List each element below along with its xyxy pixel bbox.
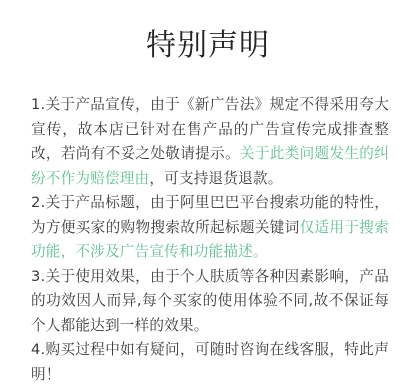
declaration-content: 1.关于产品宣传，由于《新广告法》规定不得采用夸大宣传，故本店已针对在售产品的广… — [31, 93, 389, 387]
item-1-tail: ，可支持退货退款。 — [149, 170, 282, 187]
item-3-text: 3.关于使用效果，由于个人肤质等各种因素影响，产品的功效因人而异,每个买家的使用… — [31, 268, 389, 334]
declaration-item-4: 4.购买过程中如有疑问，可随时咨询在线客服，特此声明！ — [31, 338, 389, 387]
declaration-item-3: 3.关于使用效果，由于个人肤质等各种因素影响，产品的功效因人而异,每个买家的使用… — [31, 265, 389, 339]
page-title: 特别声明 — [0, 26, 416, 66]
item-4-text: 4.购买过程中如有疑问，可随时咨询在线客服，特此声明！ — [31, 341, 389, 383]
declaration-item-1: 1.关于产品宣传，由于《新广告法》规定不得采用夸大宣传，故本店已针对在售产品的广… — [31, 93, 389, 191]
declaration-item-2: 2.关于产品标题，由于阿里巴巴平台搜索功能的特性，为方便买家的购物搜索故所起标题… — [31, 191, 389, 265]
